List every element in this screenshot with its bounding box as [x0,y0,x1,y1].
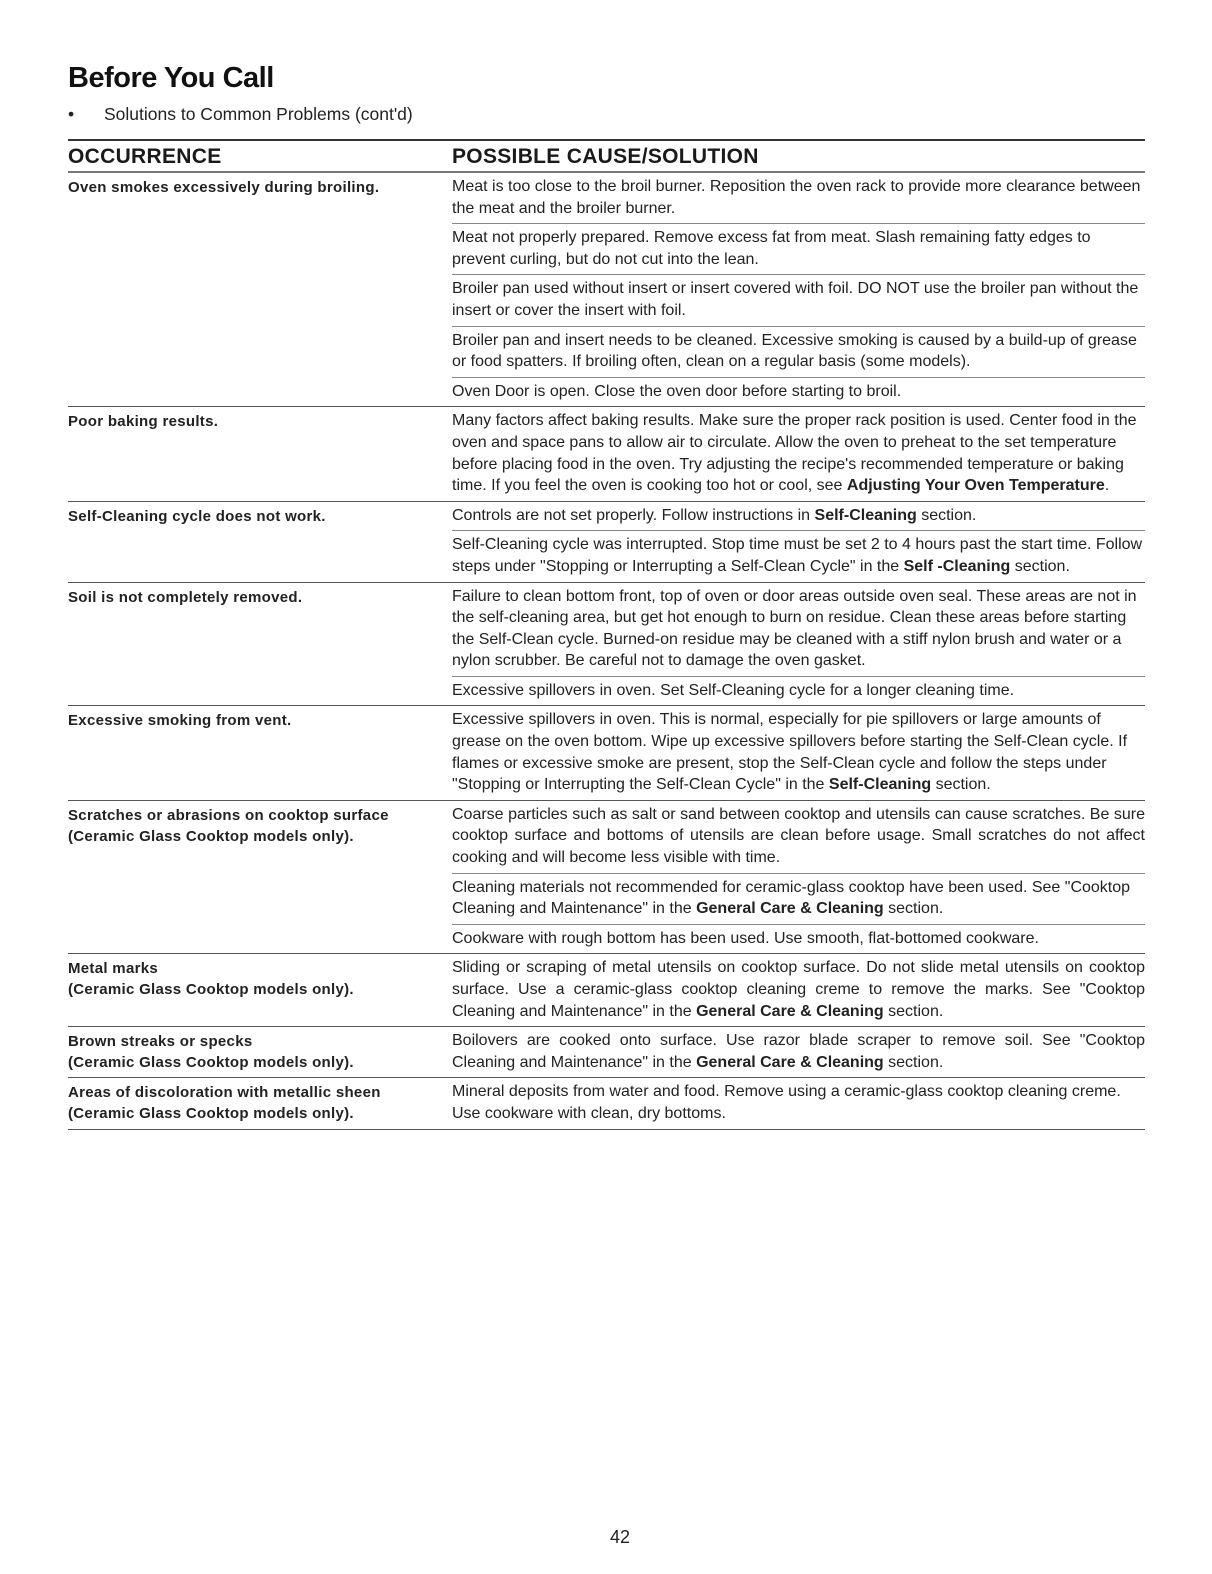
occurrence-text: Excessive smoking from vent. [68,712,292,729]
occurrence-text: Brown streaks or specks [68,1031,452,1052]
solutions-cell: Failure to clean bottom front, top of ov… [452,583,1145,706]
solution-item: Excessive spillovers in oven. Set Self-C… [452,677,1145,706]
table-row: Scratches or abrasions on cooktop surfac… [68,801,1145,955]
occurrence-text: Scratches or abrasions on cooktop surfac… [68,805,452,826]
occurrence-cell: Areas of discoloration with metallic she… [68,1078,452,1128]
solution-text: Oven Door is open. Close the oven door b… [452,383,901,400]
solution-text: Excessive spillovers in oven. Set Self-C… [452,682,1014,699]
solution-text-tail: . [1105,477,1109,494]
solutions-cell: Controls are not set properly. Follow in… [452,502,1145,582]
occurrence-text: Areas of discoloration with metallic she… [68,1082,452,1103]
solution-text-tail: section. [884,1054,944,1071]
solution-item: Coarse particles such as salt or sand be… [452,801,1145,874]
section-reference: Self-Cleaning [815,507,917,524]
solution-text-tail: section. [884,1003,944,1020]
solutions-cell: Boilovers are cooked onto surface. Use r… [452,1027,1145,1077]
section-reference: Self -Cleaning [904,558,1011,575]
solution-text-tail: section. [884,900,944,917]
subtitle: •Solutions to Common Problems (cont'd) [68,104,413,125]
solutions-cell: Many factors affect baking results. Make… [452,407,1145,500]
table-row: Oven smokes excessively during broiling.… [68,173,1145,407]
column-header-cause-solution: POSSIBLE CAUSE/SOLUTION [452,143,1145,169]
page-title: Before You Call [68,62,274,95]
occurrence-text: Soil is not completely removed. [68,589,302,606]
occurrence-cell: Self-Cleaning cycle does not work. [68,502,452,582]
bullet-icon: • [68,104,104,125]
table-row: Areas of discoloration with metallic she… [68,1078,1145,1129]
solution-item: Cleaning materials not recommended for c… [452,874,1145,925]
section-reference: General Care & Cleaning [696,1003,884,1020]
section-reference: Adjusting Your Oven Temperature [847,477,1105,494]
section-reference: General Care & Cleaning [696,1054,884,1071]
section-reference: General Care & Cleaning [696,900,884,917]
solution-text: Broiler pan used without insert or inser… [452,280,1138,319]
page-number: 42 [0,1527,1212,1548]
occurrence-cell: Scratches or abrasions on cooktop surfac… [68,801,452,954]
solution-text-tail: section. [931,776,991,793]
occurrence-text: Poor baking results. [68,413,218,430]
solution-item: Failure to clean bottom front, top of ov… [452,583,1145,677]
occurrence-cell: Metal marks (Ceramic Glass Cooktop model… [68,954,452,1026]
solutions-cell: Excessive spillovers in oven. This is no… [452,706,1145,799]
occurrence-cell: Excessive smoking from vent. [68,706,452,799]
section-reference: Self-Cleaning [829,776,931,793]
solution-text: Meat not properly prepared. Remove exces… [452,229,1091,268]
table-header: OCCURRENCE POSSIBLE CAUSE/SOLUTION [68,139,1145,173]
solution-item: Self-Cleaning cycle was interrupted. Sto… [452,531,1145,581]
solution-text: Broiler pan and insert needs to be clean… [452,332,1137,371]
subtitle-text: Solutions to Common Problems (cont'd) [104,104,413,124]
table-row: Metal marks (Ceramic Glass Cooktop model… [68,954,1145,1027]
occurrence-text: Oven smokes excessively during broiling. [68,179,379,196]
solution-item: Excessive spillovers in oven. This is no… [452,706,1145,799]
column-header-occurrence: OCCURRENCE [68,143,452,169]
solution-item: Oven Door is open. Close the oven door b… [452,378,1145,407]
table-row: Self-Cleaning cycle does not work. Contr… [68,502,1145,583]
solutions-cell: Coarse particles such as salt or sand be… [452,801,1145,954]
troubleshooting-table: OCCURRENCE POSSIBLE CAUSE/SOLUTION Oven … [68,139,1145,1130]
occurrence-cell: Oven smokes excessively during broiling. [68,173,452,406]
solution-item: Mineral deposits from water and food. Re… [452,1078,1145,1128]
solution-item: Cookware with rough bottom has been used… [452,925,1145,954]
solution-item: Meat is too close to the broil burner. R… [452,173,1145,224]
solution-text: Meat is too close to the broil burner. R… [452,178,1140,217]
solutions-cell: Mineral deposits from water and food. Re… [452,1078,1145,1128]
table-row: Excessive smoking from vent. Excessive s… [68,706,1145,800]
occurrence-text: Self-Cleaning cycle does not work. [68,508,326,525]
occurrence-text: Metal marks [68,958,452,979]
solution-item: Broiler pan used without insert or inser… [452,275,1145,326]
solution-item: Broiler pan and insert needs to be clean… [452,327,1145,378]
occurrence-note: (Ceramic Glass Cooktop models only). [68,826,452,847]
solution-text: Coarse particles such as salt or sand be… [452,806,1145,866]
solution-item: Sliding or scraping of metal utensils on… [452,954,1145,1026]
solution-item: Boilovers are cooked onto surface. Use r… [452,1027,1145,1077]
solution-text: Mineral deposits from water and food. Re… [452,1083,1121,1122]
occurrence-cell: Brown streaks or specks (Ceramic Glass C… [68,1027,452,1077]
occurrence-note: (Ceramic Glass Cooktop models only). [68,1103,452,1124]
solution-text: Excessive spillovers in oven. This is no… [452,711,1127,793]
occurrence-note: (Ceramic Glass Cooktop models only). [68,1052,452,1073]
solution-text-tail: section. [917,507,977,524]
solution-item: Many factors affect baking results. Make… [452,407,1145,500]
solution-item: Meat not properly prepared. Remove exces… [452,224,1145,275]
table-row: Soil is not completely removed. Failure … [68,583,1145,707]
solution-text: Cookware with rough bottom has been used… [452,930,1039,947]
occurrence-note: (Ceramic Glass Cooktop models only). [68,979,452,1000]
table-row: Poor baking results. Many factors affect… [68,407,1145,501]
solution-item: Controls are not set properly. Follow in… [452,502,1145,532]
table-row: Brown streaks or specks (Ceramic Glass C… [68,1027,1145,1078]
solution-text-tail: section. [1010,558,1070,575]
occurrence-cell: Soil is not completely removed. [68,583,452,706]
solution-text: Controls are not set properly. Follow in… [452,507,815,524]
solutions-cell: Meat is too close to the broil burner. R… [452,173,1145,406]
solution-text: Failure to clean bottom front, top of ov… [452,588,1137,670]
occurrence-cell: Poor baking results. [68,407,452,500]
solutions-cell: Sliding or scraping of metal utensils on… [452,954,1145,1026]
